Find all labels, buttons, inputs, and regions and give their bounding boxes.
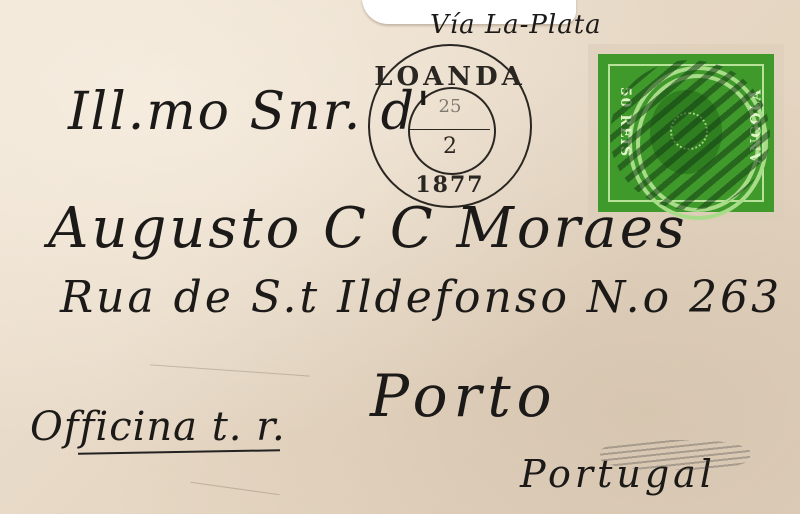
city: Porto <box>370 362 558 430</box>
postmark-year: 1877 <box>368 172 532 198</box>
recipient-name: Augusto C C Moraes <box>48 196 688 261</box>
sender-note: Officina t. r. <box>30 404 286 450</box>
faint-mark <box>150 364 310 376</box>
stamp-cancellation-bars <box>610 60 770 210</box>
faint-mark <box>190 482 279 496</box>
routing-note: Vía La-Plata <box>430 10 602 40</box>
street-address: Rua de S.t Ildefonso N.o 263 <box>60 272 782 323</box>
envelope: Vía La-Plata LOANDA 25 2 1877 50 REIS AN… <box>0 0 800 514</box>
sender-note-underline <box>78 449 280 455</box>
pencil-scribble <box>600 440 750 470</box>
salutation: Ill.mo Snr. d' <box>68 82 432 142</box>
